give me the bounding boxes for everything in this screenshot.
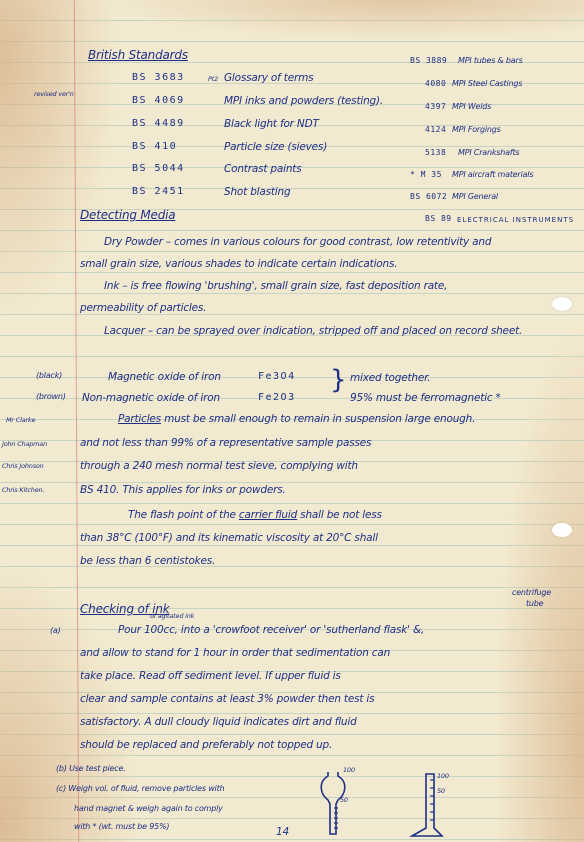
bs-title: Shot blasting	[224, 186, 290, 198]
bs-title: Contrast paints	[224, 163, 301, 175]
centrifuge-tube-drawing	[408, 772, 448, 842]
heading-detecting-media: Detecting Media	[80, 208, 175, 222]
heading-british-standards: British Standards	[88, 48, 188, 62]
bs-code: BS 89	[425, 214, 452, 223]
text-line: through a 240 mesh normal test sieve, co…	[80, 460, 358, 472]
flask-label: 100	[343, 766, 355, 774]
tube-label: 50	[437, 787, 445, 795]
bs-title: ELECTRICAL INSTRUMENTS	[457, 216, 574, 224]
oxide-formula: Fe3O4	[258, 371, 296, 382]
text-line: BS 410. This applies for inks or powders…	[80, 484, 286, 496]
item-label: (a)	[50, 626, 61, 635]
flask-label: 50	[340, 796, 348, 804]
bs-title: MPI Crankshafts	[458, 148, 519, 157]
bs-code: BS 4069	[132, 95, 185, 106]
text-line: should be replaced and preferably not to…	[80, 739, 332, 751]
punch-hole	[552, 523, 572, 537]
bs-title: MPI Welds	[452, 102, 491, 111]
bs-code: BS 410	[132, 141, 177, 152]
oxide-text: Non-magnetic oxide of iron	[82, 392, 220, 404]
text-line: Particles must be small enough to remain…	[118, 413, 475, 425]
margin-name: John Chapman	[2, 440, 47, 448]
text-line: Lacquer – can be sprayed over indication…	[104, 325, 522, 337]
bs-code: BS 2451	[132, 186, 185, 197]
text-line: hand magnet & weigh again to comply	[74, 804, 223, 813]
bs-code: 4397	[425, 102, 446, 111]
brace: }	[330, 367, 346, 393]
bs-title: MPI inks and powders (testing).	[224, 95, 383, 107]
bs-title: MPI General	[452, 192, 498, 201]
sutherland-flask-drawing	[320, 768, 360, 842]
margin-note: revised ver'n	[34, 90, 74, 98]
underlined-term: Particles	[118, 413, 161, 425]
page-number: 14	[276, 826, 289, 838]
bs-code: BS 5044	[132, 163, 185, 174]
side-note: tube	[526, 599, 543, 608]
text-line: (c) Weigh vol. of fluid, remove particle…	[56, 784, 224, 793]
text-line: Ink – is free flowing 'brushing', small …	[104, 280, 447, 292]
oxide-formula: Fe2O3	[258, 392, 296, 403]
side-note: centrifuge	[512, 588, 551, 597]
brace-note: 95% must be ferromagnetic *	[350, 392, 501, 404]
bs-code: 5138	[425, 148, 446, 157]
bs-code: 4080	[425, 79, 446, 88]
margin-name: Chris Johnson	[2, 462, 44, 470]
margin-name: Chris Kitchen.	[2, 486, 44, 494]
margin-name: Mr Clarke	[6, 416, 35, 424]
bs-code: BS 4489	[132, 118, 185, 129]
bs-title: MPI Forgings	[452, 125, 501, 134]
text-line: and allow to stand for 1 hour in order t…	[80, 647, 390, 659]
underlined-term: carrier fluid	[239, 509, 297, 521]
text-line: permeability of particles.	[80, 302, 206, 314]
text-line: and not less than 99% of a representativ…	[80, 437, 371, 449]
brace-note: mixed together.	[350, 372, 430, 384]
text-line: take place. Read off sediment level. If …	[80, 670, 341, 682]
notebook-page: British Standards revised ver'n BS 3683 …	[0, 0, 584, 842]
bs-note: Pt2	[208, 75, 218, 83]
text-line: small grain size, various shades to indi…	[80, 258, 397, 270]
bs-title: MPI Steel Castings	[452, 79, 522, 88]
tube-label: 100	[437, 772, 449, 780]
bs-title: MPI aircraft materials	[452, 170, 533, 179]
margin-line	[74, 0, 79, 842]
bs-code: BS 3683	[132, 72, 185, 83]
bs-code: * M 35	[410, 170, 442, 179]
text-line: with * (wt. must be 95%)	[74, 822, 169, 831]
text-line: clear and sample contains at least 3% po…	[80, 693, 374, 705]
bs-code: 4124	[425, 125, 446, 134]
text-line: Pour 100cc, into a 'crowfoot receiver' o…	[118, 624, 424, 636]
text-line: Dry Powder – comes in various colours fo…	[104, 236, 491, 248]
bs-code: BS 6072	[410, 192, 447, 201]
bs-title: MPI tubes & bars	[458, 56, 523, 65]
bs-title: Glossary of terms	[224, 72, 313, 84]
oxide-text: Magnetic oxide of iron	[108, 371, 221, 383]
text-line: The flash point of the carrier fluid sha…	[128, 509, 382, 521]
bs-title: Particle size (sieves)	[224, 141, 327, 153]
oxide-label: (brown)	[36, 392, 66, 401]
text-line: than 38°C (100°F) and its kinematic visc…	[80, 532, 378, 544]
punch-hole	[552, 297, 572, 311]
item-b: (b) Use test piece.	[56, 764, 126, 773]
text-line: be less than 6 centistokes.	[80, 555, 215, 567]
insert-note: of agitated ink	[150, 612, 194, 620]
text-line: satisfactory. A dull cloudy liquid indic…	[80, 716, 357, 728]
bs-title: Black light for NDT	[224, 118, 319, 130]
bs-code: BS 3889	[410, 56, 447, 65]
oxide-label: (black)	[36, 371, 62, 380]
